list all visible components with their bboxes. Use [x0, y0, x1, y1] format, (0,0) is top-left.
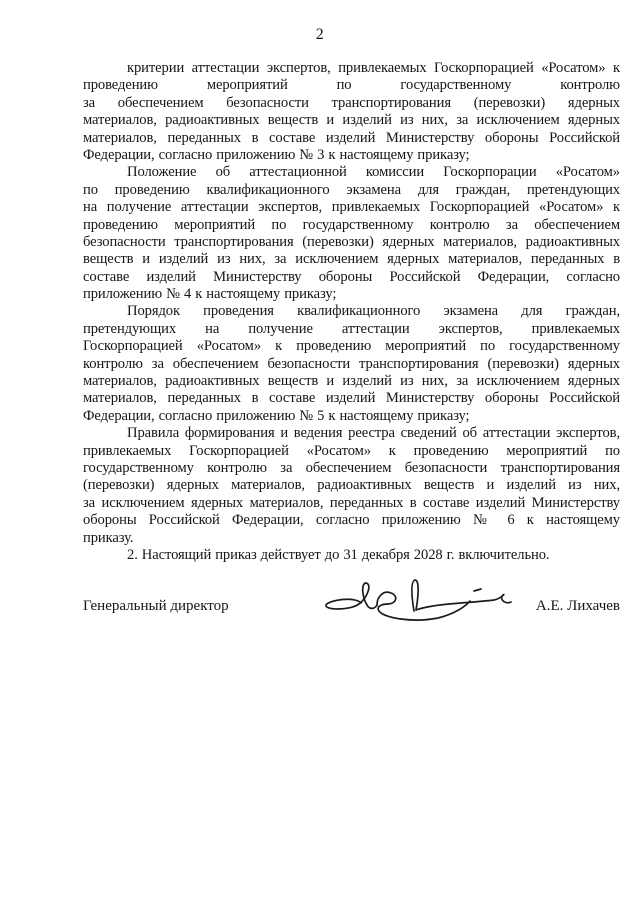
- document-body: критерии аттестации экспертов, привлекае…: [83, 60, 620, 564]
- text-line: составе изделий Министерству обороны Рос…: [83, 269, 620, 286]
- text-line: на получение аттестации экспертов, привл…: [83, 199, 620, 216]
- text-line: материалов, переданных в составе изделий…: [83, 390, 620, 407]
- text-line: проведению мероприятий по государственно…: [83, 217, 620, 234]
- text-line: 2. Настоящий приказ действует до 31 дека…: [83, 547, 620, 564]
- handwritten-signature-icon: [321, 574, 521, 636]
- text-line: материалов, переданных в составе изделий…: [83, 130, 620, 147]
- signature-block: Генеральный директор А.Е. Лихачев: [83, 596, 620, 640]
- text-line: претендующих на получение аттестации экс…: [83, 321, 620, 338]
- signatory-name: А.Е. Лихачев: [536, 598, 620, 615]
- text-line: по проведению квалификационного экзамена…: [83, 182, 620, 199]
- text-line: за обеспечением безопасности транспортир…: [83, 95, 620, 112]
- text-line: материалов, радиоактивных веществ и изде…: [83, 112, 620, 129]
- paragraph: 2. Настоящий приказ действует до 31 дека…: [83, 547, 620, 564]
- text-line: Госкорпорацией «Росатом» к проведению ме…: [83, 338, 620, 355]
- document-page: 2 критерии аттестации экспертов, привлек…: [0, 0, 640, 905]
- text-line: за исключением ядерных материалов, перед…: [83, 495, 620, 512]
- text-line: веществ и изделий из них, за исключением…: [83, 251, 620, 268]
- text-line: проведению мероприятий по государственно…: [83, 77, 620, 94]
- text-line: контролю за обеспечением безопасности тр…: [83, 356, 620, 373]
- text-line: приложению № 4 к настоящему приказу;: [83, 286, 620, 303]
- text-line: безопасности транспортирования (перевозк…: [83, 234, 620, 251]
- text-line: приказу.: [83, 530, 620, 547]
- signatory-title: Генеральный директор: [83, 598, 229, 615]
- paragraph: Порядок проведения квалификационного экз…: [83, 303, 620, 425]
- text-line: Правила формирования и ведения реестра с…: [83, 425, 620, 442]
- page-number: 2: [0, 26, 640, 44]
- paragraph: Правила формирования и ведения реестра с…: [83, 425, 620, 547]
- text-line: привлекаемых Госкорпорацией «Росатом» к …: [83, 443, 620, 460]
- text-line: Положение об аттестационной комиссии Гос…: [83, 164, 620, 181]
- text-line: (перевозки) ядерных материалов, радиоакт…: [83, 477, 620, 494]
- text-line: обороны Российской Федерации, согласно п…: [83, 512, 620, 529]
- text-line: критерии аттестации экспертов, привлекае…: [83, 60, 620, 77]
- text-line: Федерации, согласно приложению № 3 к нас…: [83, 147, 620, 164]
- text-line: материалов, радиоактивных веществ и изде…: [83, 373, 620, 390]
- paragraph: критерии аттестации экспертов, привлекае…: [83, 60, 620, 164]
- text-line: государственному контролю за обеспечение…: [83, 460, 620, 477]
- text-line: Порядок проведения квалификационного экз…: [83, 303, 620, 320]
- text-line: Федерации, согласно приложению № 5 к нас…: [83, 408, 620, 425]
- paragraph: Положение об аттестационной комиссии Гос…: [83, 164, 620, 303]
